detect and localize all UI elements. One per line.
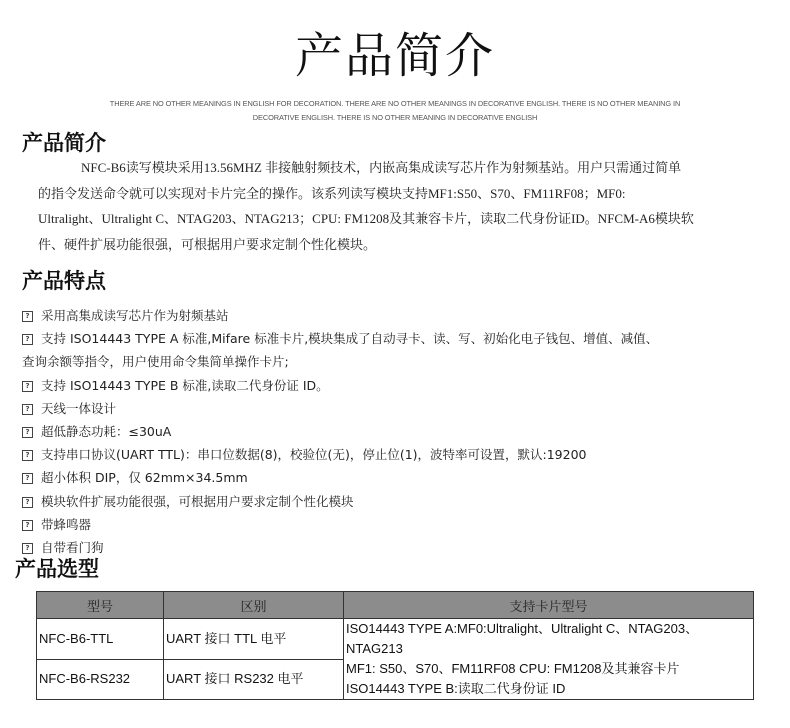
cell-model: NFC-B6-RS232 [37,659,164,700]
supported-cards-line: ISO14443 TYPE B:读取二代身份证 ID [346,679,751,699]
table-row: NFC-B6-TTL UART 接口 TTL 电平 ISO14443 TYPE … [37,619,754,660]
intro-line: Ultralight、Ultralight C、NTAG203、NTAG213；… [38,206,778,232]
features-list: ? 采用高集成读写芯片作为射频基站 ? 支持 ISO14443 TYPE A 标… [22,304,782,559]
section-title-selection: 产品选型 [15,556,99,582]
bullet-box-icon: ? [22,450,33,461]
bullet-box-icon: ? [22,543,33,554]
cell-supported-cards: ISO14443 TYPE A:MF0:Ultralight、Ultraligh… [344,619,754,700]
feature-text: 支持 ISO14443 TYPE B 标准,读取二代身份证 ID。 [41,374,329,397]
feature-item: ? 天线一体设计 [22,397,782,420]
supported-cards-line: MF1: S50、S70、FM11RF08 CPU: FM1208及其兼容卡片 [346,659,751,679]
feature-text: 带蜂鸣器 [41,513,91,536]
feature-item-continuation: 查询余额等指令，用户使用命令集简单操作卡片; [22,350,782,373]
feature-item: ? 超小体积 DIP，仅 62mm×34.5mm [22,466,782,489]
feature-text: 超小体积 DIP，仅 62mm×34.5mm [41,466,248,489]
cell-model: NFC-B6-TTL [37,619,164,660]
feature-item: ? 采用高集成读写芯片作为射频基站 [22,304,782,327]
column-header-difference: 区别 [164,592,344,619]
feature-item: ? 支持 ISO14443 TYPE B 标准,读取二代身份证 ID。 [22,374,782,397]
feature-item: ? 模块软件扩展功能很强，可根据用户要求定制个性化模块 [22,490,782,513]
intro-line: 件、硬件扩展功能很强，可根据用户要求定制个性化模块。 [38,232,778,258]
column-header-model: 型号 [37,592,164,619]
bullet-box-icon: ? [22,404,33,415]
model-selection-table: 型号 区别 支持卡片型号 NFC-B6-TTL UART 接口 TTL 电平 I… [36,591,754,700]
bullet-box-icon: ? [22,311,33,322]
feature-item: ? 支持 ISO14443 TYPE A 标准,Mifare 标准卡片,模块集成… [22,327,782,350]
bullet-box-icon: ? [22,427,33,438]
feature-text: 支持串口协议(UART TTL)：串口位数据(8)，校验位(无)，停止位(1)，… [41,443,587,466]
feature-item: ? 自带看门狗 [22,536,782,559]
feature-item: ? 支持串口协议(UART TTL)：串口位数据(8)，校验位(无)，停止位(1… [22,443,782,466]
cell-difference: UART 接口 TTL 电平 [164,619,344,660]
section-title-features: 产品特点 [22,268,106,294]
feature-text: 采用高集成读写芯片作为射频基站 [41,304,229,327]
bullet-box-icon: ? [22,381,33,392]
feature-text: 模块软件扩展功能很强，可根据用户要求定制个性化模块 [41,490,354,513]
feature-item: ? 带蜂鸣器 [22,513,782,536]
intro-line: 的指令发送命令就可以实现对卡片完全的操作。该系列读写模块支持MF1:S50、S7… [38,181,778,207]
bullet-box-icon: ? [22,497,33,508]
intro-line: NFC-B6读写模块采用13.56MHZ 非接触射频技术，内嵌高集成读写芯片作为… [38,155,778,181]
decorative-english-text: THERE ARE NO OTHER MEANINGS IN ENGLISH F… [100,97,690,125]
feature-text: 查询余额等指令，用户使用命令集简单操作卡片; [22,350,289,373]
table-header-row: 型号 区别 支持卡片型号 [37,592,754,619]
feature-text: 天线一体设计 [41,397,116,420]
hero-title: 产品简介 [0,26,790,86]
intro-paragraph: NFC-B6读写模块采用13.56MHZ 非接触射频技术，内嵌高集成读写芯片作为… [38,155,778,257]
bullet-box-icon: ? [22,334,33,345]
cell-difference: UART 接口 RS232 电平 [164,659,344,700]
supported-cards-line: ISO14443 TYPE A:MF0:Ultralight、Ultraligh… [346,619,751,639]
bullet-box-icon: ? [22,520,33,531]
bullet-box-icon: ? [22,473,33,484]
feature-text: 超低静态功耗：≤30uA [41,420,171,443]
section-title-intro: 产品简介 [22,130,106,156]
feature-text: 支持 ISO14443 TYPE A 标准,Mifare 标准卡片,模块集成了自… [41,327,658,350]
feature-item: ? 超低静态功耗：≤30uA [22,420,782,443]
column-header-supported-cards: 支持卡片型号 [344,592,754,619]
supported-cards-line: NTAG213 [346,639,751,659]
